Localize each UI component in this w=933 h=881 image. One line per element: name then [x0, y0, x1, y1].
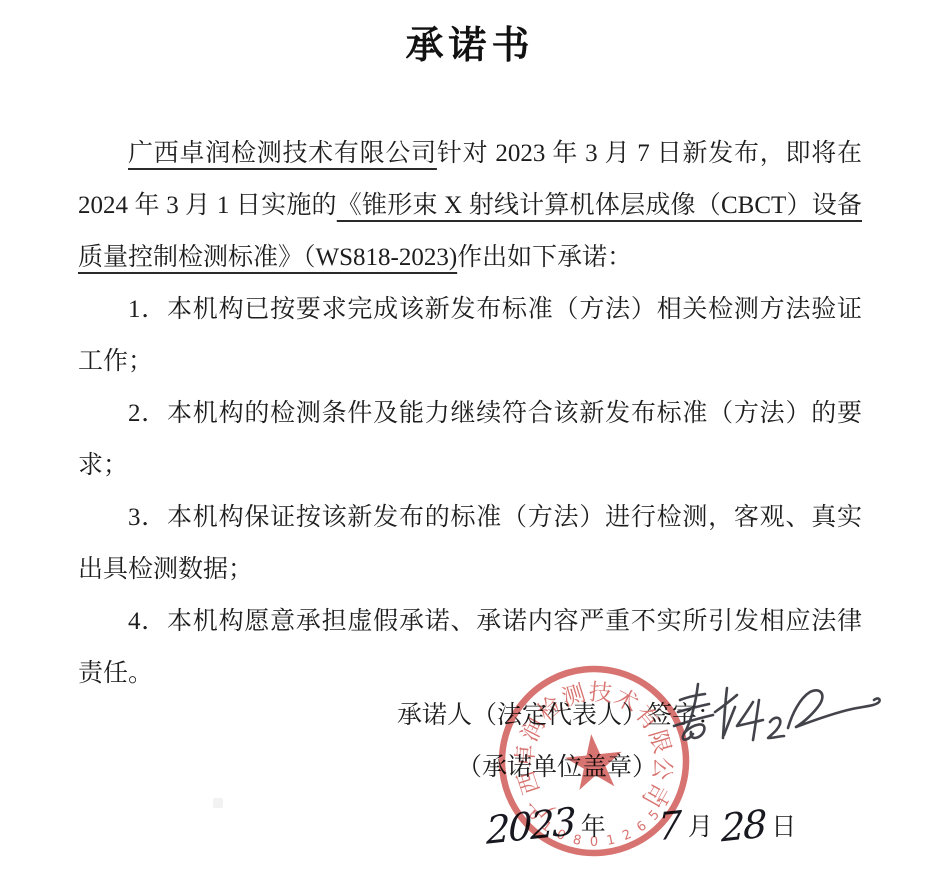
commitment-letter-page: 承诺书 广西卓润检测技术有限公司针对 2023 年 3 月 7 日新发布，即将在…	[0, 0, 933, 881]
signature-block: 承诺人（法定代表人）签字： （承诺单位盖章） 2023年7月28日	[78, 690, 862, 854]
day-suffix: 日	[771, 814, 796, 841]
commitment-item-4: 4．本机构愿意承担虚假承诺、承诺内容严重不实所引发相应法律责任。	[78, 596, 862, 700]
handwritten-day: 28	[721, 798, 765, 855]
commitment-item-1: 1．本机构已按要求完成该新发布标准（方法）相关检测方法验证工作；	[78, 284, 862, 388]
date-line: 2023年7月28日	[78, 800, 862, 854]
intro-tail-text: 作出如下承诺：	[457, 244, 632, 271]
intro-paragraph: 广西卓润检测技术有限公司针对 2023 年 3 月 7 日新发布，即将在 202…	[78, 128, 862, 284]
document-body: 广西卓润检测技术有限公司针对 2023 年 3 月 7 日新发布，即将在 202…	[78, 128, 862, 700]
handwritten-year: 2023	[486, 795, 574, 857]
month-suffix: 月	[688, 814, 713, 841]
seal-note-line: （承诺单位盖章）	[78, 742, 862, 794]
company-name-underlined: 广西卓润检测技术有限公司	[128, 140, 437, 167]
page-title: 承诺书	[78, 22, 862, 70]
handwritten-month: 7	[658, 799, 680, 854]
year-suffix: 年	[581, 814, 606, 841]
scan-smudge	[213, 798, 223, 808]
commitment-item-3: 3．本机构保证按该新发布的标准（方法）进行检测，客观、真实出具检测数据；	[78, 492, 862, 596]
signer-label-line: 承诺人（法定代表人）签字：	[78, 690, 862, 742]
commitment-item-2: 2．本机构的检测条件及能力继续符合该新发布标准（方法）的要求；	[78, 388, 862, 492]
